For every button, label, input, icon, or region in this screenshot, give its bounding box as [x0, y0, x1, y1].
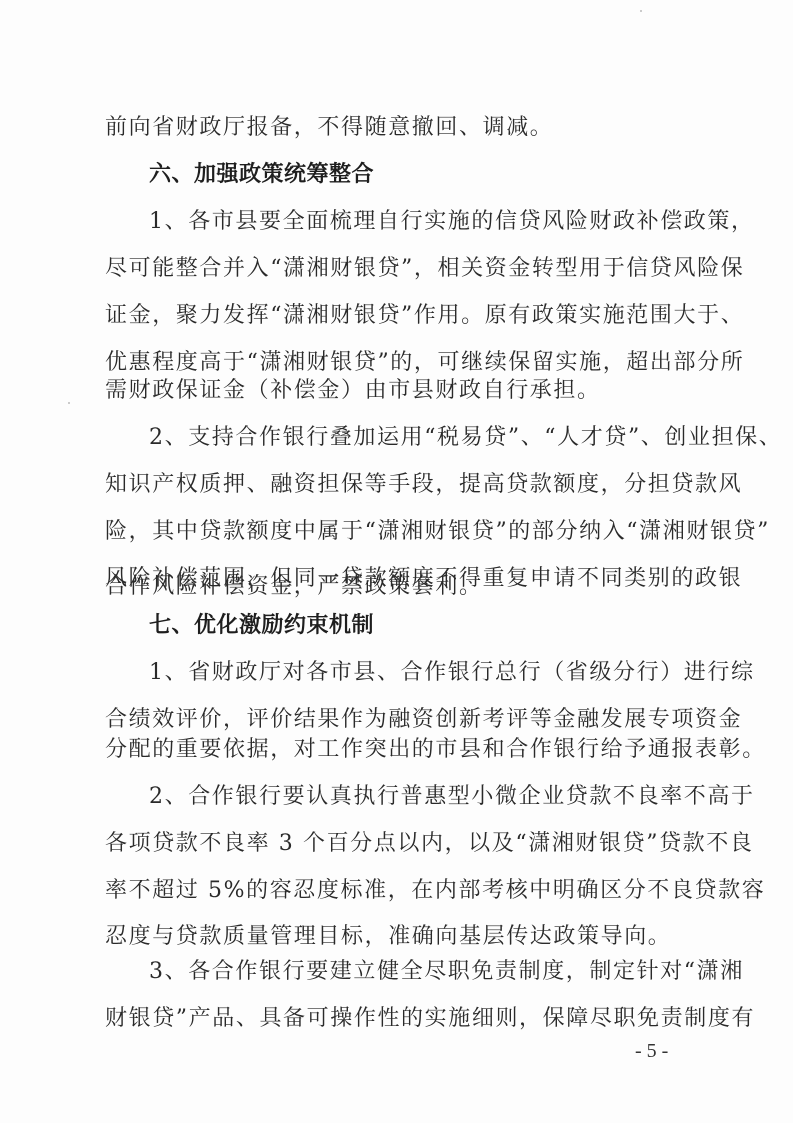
section-heading-seven: 七、优化激励约束机制 — [149, 611, 697, 641]
paragraph-line: 险，其中贷款额度中属于“潇湘财银贷”的部分纳入“潇湘财银贷” — [105, 517, 697, 547]
section-heading-six: 六、加强政策统筹整合 — [149, 160, 697, 190]
paragraph-line: 需财政保证金（补偿金）由市县财政自行承担。 — [105, 376, 697, 406]
paragraph-line: 忍度与贷款质量管理目标，准确向基层传达政策导向。 — [105, 922, 697, 952]
paragraph-line: 合绩效评价，评价结果作为融资创新考评等金融发展专项资金 — [105, 705, 697, 735]
paragraph-line: 2、支持合作银行叠加运用“税易贷”、“人才贷”、创业担保、 — [149, 423, 697, 453]
paragraph-line: 分配的重要依据，对工作突出的市县和合作银行给予通报表彰。 — [105, 735, 697, 765]
paragraph-line: 知识产权质押、融资担保等手段，提高贷款额度，分担贷款风 — [105, 470, 697, 500]
paragraph-line: 尽可能整合并入“潇湘财银贷”，相关资金转型用于信贷风险保 — [105, 254, 697, 284]
scan-speck — [68, 402, 70, 404]
paragraph-line: 优惠程度高于“潇湘财银贷”的，可继续保留实施，超出部分所 — [105, 348, 697, 378]
paragraph-line: 率不超过 5%的容忍度标准，在内部考核中明确区分不良贷款容 — [105, 876, 697, 906]
page-number: - 5 - — [635, 1040, 668, 1063]
paragraph-line: 各项贷款不良率 3 个百分点以内，以及“潇湘财银贷”贷款不良 — [105, 829, 697, 859]
document-page: 前向省财政厅报备，不得随意撤回、调减。 六、加强政策统筹整合 1、各市县要全面梳… — [0, 0, 793, 1123]
paragraph-line: 1、省财政厅对各市县、合作银行总行（省级分行）进行综 — [149, 658, 697, 688]
paragraph-line: 前向省财政厅报备，不得随意撤回、调减。 — [105, 113, 697, 143]
paragraph-line: 3、各合作银行要建立健全尽职免责制度，制定针对“潇湘 — [149, 957, 697, 987]
paragraph-line: 合作风险补偿资金，严禁政策套利。 — [105, 572, 697, 602]
paragraph-line: 2、合作银行要认真执行普惠型小微企业贷款不良率不高于 — [149, 782, 697, 812]
paragraph-line: 1、各市县要全面梳理自行实施的信贷风险财政补偿政策， — [149, 207, 697, 237]
paragraph-line: 财银贷”产品、具备可操作性的实施细则，保障尽职免责制度有 — [105, 1004, 697, 1034]
paragraph-line: 证金，聚力发挥“潇湘财银贷”作用。原有政策实施范围大于、 — [105, 301, 697, 331]
scan-speck — [640, 10, 642, 12]
